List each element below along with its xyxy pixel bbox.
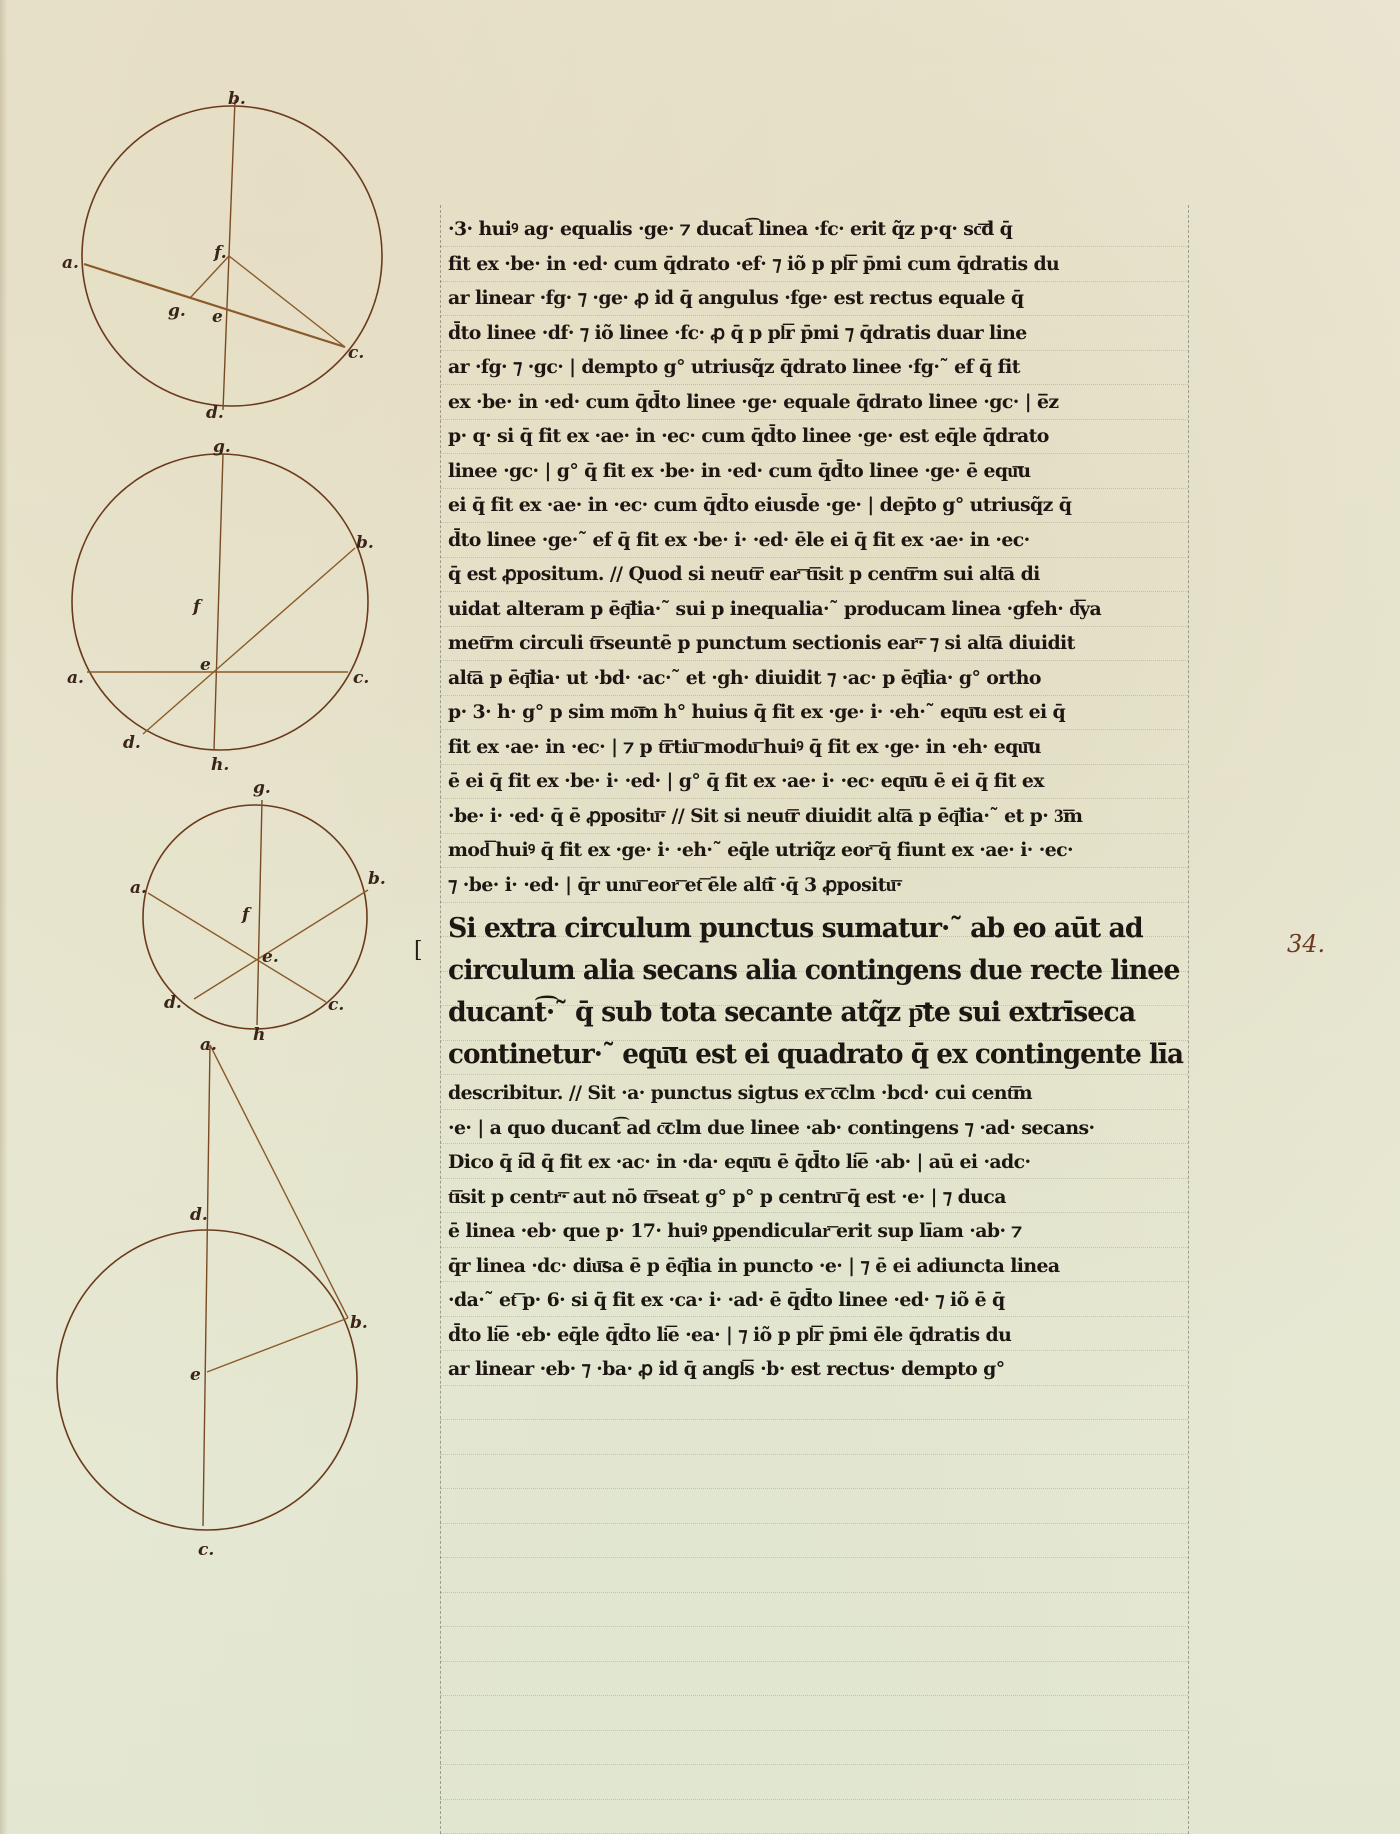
point-label: c. <box>328 995 344 1015</box>
ruling-line <box>440 1592 1188 1593</box>
paragraph-2-body: describitur. // Sit ·a· punctus sigtus e… <box>448 1076 1188 1387</box>
margin-bracket-mark: [ <box>414 938 423 963</box>
text-line: ar linear ·eb· ⁊ ·ba· ꝓ id q̄ angl͞s ·b·… <box>448 1352 1183 1387</box>
point-label: b. <box>228 89 246 109</box>
point-label: c. <box>353 668 369 688</box>
figure-3: g.a.b.fe.d.c.h <box>130 778 386 1045</box>
construction-line <box>210 1045 348 1318</box>
ruling-line <box>440 1523 1188 1524</box>
text-line: linee ·gc· | g° q̄ fit ex ·be· in ·ed· c… <box>448 454 1183 489</box>
construction-line <box>257 800 262 1025</box>
text-line: ⁊ ·be· i· ·ed· | q̄r unu͞ eor͞ et͞ ēle a… <box>448 868 1183 903</box>
text-line: ·e· | a quo ducant͡ ad c͞clm due linee ·… <box>448 1111 1183 1146</box>
figure-4: a.d.b.ec. <box>57 1035 368 1560</box>
point-label: h <box>253 1025 265 1045</box>
point-label: c. <box>198 1540 214 1560</box>
point-label: a. <box>200 1035 217 1055</box>
text-line: d̄to linee ·df· ⁊ iõ linee ·fc· ꝓ q̄ p p… <box>448 316 1183 351</box>
point-label: g. <box>253 778 271 798</box>
ruling-line <box>440 1695 1188 1696</box>
point-label: b. <box>368 869 386 889</box>
point-label: d. <box>190 1205 208 1225</box>
point-label: c. <box>348 343 364 363</box>
construction-line <box>148 893 326 1002</box>
text-line: t͞ısit p centr͞· aut nō t͞rseat g° p° p … <box>448 1180 1183 1215</box>
folio-number: 34. <box>1287 930 1325 958</box>
text-line: circulum alia secans alia contingens due… <box>448 950 1183 992</box>
text-line: ·be· i· ·ed· q̄ ē ꝓpositu͞· // Sit si ne… <box>448 799 1183 834</box>
manuscript-page: b.a.f.g.ec.d.g.b.fea.c.d.h.g.a.b.fe.d.c.… <box>0 0 1400 1834</box>
text-line: d̄to li͞e ·eb· eq̄le q̄d̄to li͞e ·ea· | … <box>448 1318 1183 1353</box>
paragraph-1: ·3· huiꝰ ag· equalis ·ge· ⁊ ducat͡ linea… <box>448 212 1188 902</box>
text-line: fit ex ·be· in ·ed· cum q̄drato ·ef· ⁊ i… <box>448 247 1183 282</box>
point-label: d. <box>164 993 182 1013</box>
point-label: e <box>212 307 223 327</box>
point-label: e. <box>262 947 279 967</box>
construction-line <box>229 256 345 347</box>
text-line: ex ·be· in ·ed· cum q̄d̄to linee ·ge· eq… <box>448 385 1183 420</box>
text-line: ·da·˜ et͞ p· 6· si q̄ fit ex ·ca· i· ·ad… <box>448 1283 1183 1318</box>
point-label: g. <box>168 301 186 321</box>
point-label: f. <box>213 243 227 263</box>
point-label: a. <box>130 878 147 898</box>
ruling-line <box>440 1419 1188 1420</box>
main-text-column: ·3· huiꝰ ag· equalis ·ge· ⁊ ducat͡ linea… <box>448 212 1188 1387</box>
ruling-left <box>440 205 441 1834</box>
ruling-line <box>440 1764 1188 1765</box>
construction-line <box>194 890 368 999</box>
text-line: mod͞ huiꝰ q̄ fit ex ·ge· i· ·eh·˜ eq̄le … <box>448 833 1183 868</box>
text-line: fit ex ·ae· in ·ec· | ⁊ p t͞rtiu͞ modu͞ … <box>448 730 1183 765</box>
paragraph-2-incipit: Si extra circulum punctus sumatur·˜ ab e… <box>448 908 1188 1076</box>
ruling-line <box>440 1557 1188 1558</box>
text-line: q̄r linea ·dc· diu͞sa ē p ēq͞lia in punc… <box>448 1249 1183 1284</box>
text-line: ducant͡·˜ q̄ sub tota secante atq̃z p͞te… <box>448 992 1183 1034</box>
text-line: p· 3· h· g° p sim mo͞m h° huius q̄ fit e… <box>448 695 1183 730</box>
text-line: continetur·˜ equ͞u est ei quadrato q̄ ex… <box>448 1034 1167 1076</box>
point-label: f <box>241 905 252 925</box>
point-label: b. <box>356 533 374 553</box>
ruling-line <box>440 1454 1188 1455</box>
point-label: a. <box>67 668 84 688</box>
construction-line <box>143 548 355 734</box>
text-line: q̄ est ꝓpositum. // Quod si neut͞r ear͞ … <box>448 557 1183 592</box>
figure-1: b.a.f.g.ec.d. <box>62 89 382 423</box>
figure-2: g.b.fea.c.d.h. <box>67 437 374 775</box>
construction-line <box>203 1045 210 1526</box>
text-line: describitur. // Sit ·a· punctus sigtus e… <box>448 1076 1183 1111</box>
point-label: f <box>192 597 203 617</box>
ruling-line <box>440 1730 1188 1731</box>
text-line: d̄to linee ·ge·˜ ef q̄ fit ex ·be· i· ·e… <box>448 523 1183 558</box>
ruling-line <box>440 1626 1188 1627</box>
point-label: d. <box>206 403 224 423</box>
ruling-line <box>440 1661 1188 1662</box>
point-label: g. <box>213 437 231 457</box>
text-line: ar linear ·fg· ⁊ ·ge· ꝓ id q̄ angulus ·f… <box>448 281 1183 316</box>
point-label: e <box>190 1365 201 1385</box>
point-label: e <box>200 655 211 675</box>
text-line: ē linea ·eb· que p· 17· huiꝰ ꝑpendicular… <box>448 1214 1183 1249</box>
text-line: ar ·fg· ⁊ ·gc· | dempto g° utriusq̃z q̄d… <box>448 350 1183 385</box>
point-label: b. <box>350 1313 368 1333</box>
text-line: p· q· si q̄ fit ex ·ae· in ·ec· cum q̄d̄… <box>448 419 1183 454</box>
text-line: alt͞a p ēq͞lia· ut ·bd· ·ac·˜ et ·gh· di… <box>448 661 1183 696</box>
circle-shape <box>82 106 382 406</box>
ruling-line <box>440 1799 1188 1800</box>
text-line: Dico q̄ i͞d q̄ fit ex ·ac· in ·da· equ͞u… <box>448 1145 1183 1180</box>
text-line: ē ei q̄ fit ex ·be· i· ·ed· | g° q̄ fit … <box>448 764 1183 799</box>
point-label: d. <box>123 733 141 753</box>
construction-line <box>214 454 223 750</box>
text-line: ·3· huiꝰ ag· equalis ·ge· ⁊ ducat͡ linea… <box>448 212 1183 247</box>
ruling-right <box>1188 205 1189 1834</box>
circle-shape <box>72 454 368 750</box>
construction-line <box>207 1318 348 1372</box>
ruling-line <box>440 1488 1188 1489</box>
figures-canvas: b.a.f.g.ec.d.g.b.fea.c.d.h.g.a.b.fe.d.c.… <box>0 0 420 1834</box>
text-line: Si extra circulum punctus sumatur·˜ ab e… <box>448 908 1183 950</box>
text-line: ei q̄ fit ex ·ae· in ·ec· cum q̄d̄to eiu… <box>448 488 1183 523</box>
construction-line <box>84 264 345 347</box>
geometric-figures: b.a.f.g.ec.d.g.b.fea.c.d.h.g.a.b.fe.d.c.… <box>0 0 420 1834</box>
point-label: h. <box>211 755 229 775</box>
text-line: met͞rm circuli t͞rseuntē p punctum secti… <box>448 626 1183 661</box>
point-label: a. <box>62 253 79 273</box>
text-line: uidat alteram p ēq͞lia·˜ sui p inequalia… <box>448 592 1183 627</box>
